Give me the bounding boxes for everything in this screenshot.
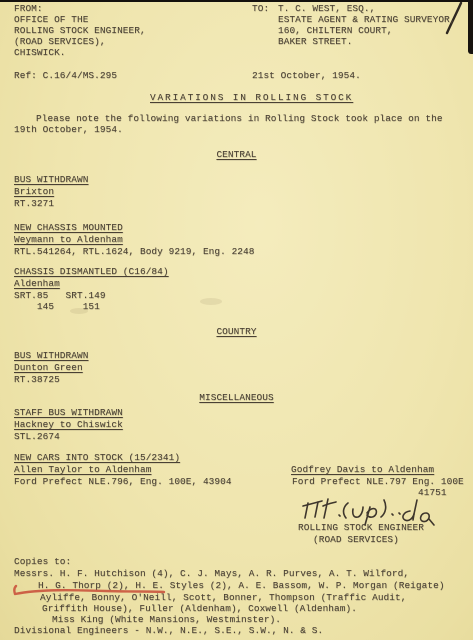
entry-detail: STL.2674 (14, 432, 60, 442)
scanned-memo-document: FROM: OFFICE OF THE ROLLING STOCK ENGINE… (0, 0, 473, 640)
from-label: FROM: (14, 4, 43, 14)
entry-detail: 145 151 (14, 302, 100, 312)
from-line: CHISWICK. (14, 48, 66, 58)
entry-location: Dunton Green (14, 363, 83, 373)
scan-edge-right-bar (468, 0, 473, 54)
document-title: VARIATIONS IN ROLLING STOCK (150, 93, 353, 103)
stain-mark (200, 298, 222, 305)
entry-heading: NEW CHASSIS MOUNTED (14, 223, 123, 233)
section-heading-central: CENTRAL (0, 150, 473, 160)
entry-detail: RT.38725 (14, 375, 60, 385)
signatory-title: (ROAD SERVICES) (313, 535, 399, 545)
intro-text: 19th October, 1954. (14, 125, 123, 135)
entry-heading: STAFF BUS WITHDRAWN (14, 408, 123, 418)
entry-location-right: Godfrey Davis to Aldenham (291, 465, 434, 475)
entry-detail-left: Ford Prefect NLE.796, Eng. 100E, 43904 (14, 477, 232, 487)
from-line: (ROAD SERVICES), (14, 37, 106, 47)
entry-location: Aldenham (14, 279, 60, 289)
entry-heading: BUS WITHDRAWN (14, 175, 88, 185)
entry-detail: RT.3271 (14, 199, 54, 209)
to-line: 160, CHILTERN COURT, (278, 26, 393, 36)
reference-number: Ref: C.16/4/MS.295 (14, 71, 117, 81)
to-line: ESTATE AGENT & RATING SURVEYOR, (278, 15, 456, 25)
section-heading-miscellaneous: MISCELLANEOUS (0, 393, 473, 403)
entry-heading: CHASSIS DISMANTLED (C16/84) (14, 267, 169, 277)
entry-detail: SRT.85 SRT.149 (14, 291, 106, 301)
intro-text: Please note the following variations in … (36, 114, 443, 124)
entry-heading: BUS WITHDRAWN (14, 351, 88, 361)
entry-detail-right: 41751 (418, 488, 447, 498)
copies-label: Copies to: (14, 557, 71, 567)
entry-detail: RTL.541264, RTL.1624, Body 9219, Eng. 22… (14, 247, 255, 257)
entry-heading: NEW CARS INTO STOCK (15/2341) (14, 453, 180, 463)
to-line: T. C. WEST, ESQ., (278, 4, 375, 14)
entry-location: Hackney to Chiswick (14, 420, 123, 430)
copies-line: Divisional Engineers - N.W., N.E., S.E.,… (14, 626, 323, 636)
from-line: ROLLING STOCK ENGINEER, (14, 26, 146, 36)
copies-line: Miss King (White Mansions, Westminster). (52, 615, 281, 625)
copies-line: Griffith House), Fuller (Aldenham), Coxw… (42, 604, 357, 614)
copies-line: Ayliffe, Bonny, O'Neill, Scott, Bonner, … (40, 593, 406, 603)
entry-detail-right: Ford Prefect NLE.797 Eng. 100E (292, 477, 464, 487)
section-heading-country: COUNTRY (0, 327, 473, 337)
entry-location-left: Allen Taylor to Aldenham (14, 465, 151, 475)
signatory-title: ROLLING STOCK ENGINEER (298, 523, 424, 533)
to-label: TO: (252, 4, 269, 14)
from-line: OFFICE OF THE (14, 15, 88, 25)
copies-line: H. G. Thorp (2), H. E. Styles (2), A. E.… (38, 581, 445, 591)
document-date: 21st October, 1954. (252, 71, 361, 81)
to-line: BAKER STREET. (278, 37, 352, 47)
scan-edge-top-line (0, 0, 473, 2)
entry-location: Weymann to Aldenham (14, 235, 123, 245)
copies-line: Messrs. H. F. Hutchison (4), C. J. Mays,… (14, 569, 409, 579)
entry-location: Brixton (14, 187, 54, 197)
